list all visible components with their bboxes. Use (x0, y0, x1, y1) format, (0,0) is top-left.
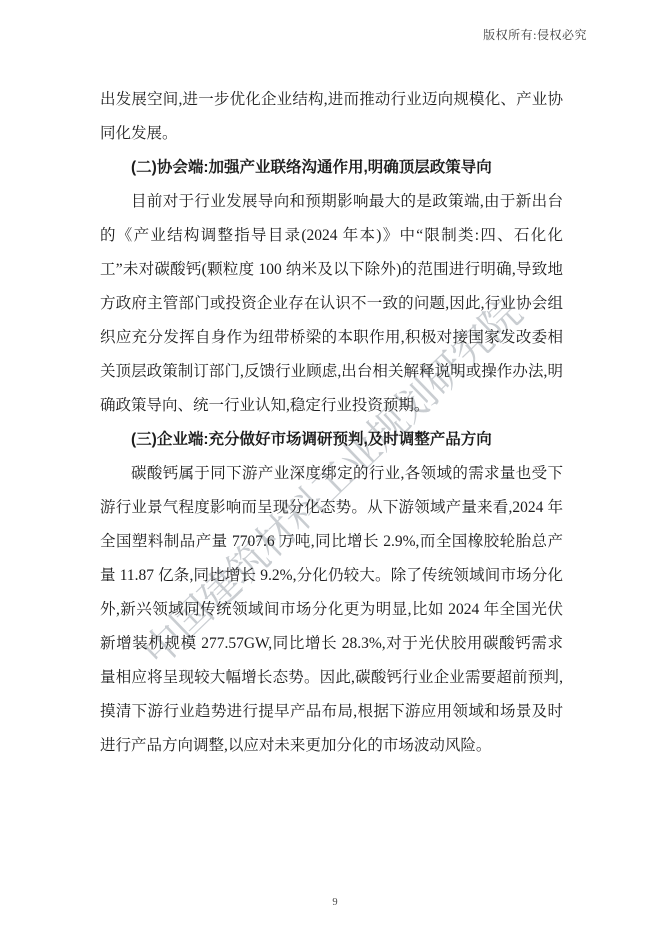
body-paragraph-policy: 目前对于行业发展导向和预期影响最大的是政策端,由于新出台的《产业结构调整指导目录… (100, 185, 563, 423)
body-paragraph-continuation: 出发展空间,进一步优化企业结构,进而推动行业迈向规模化、产业协同化发展。 (100, 83, 563, 151)
copyright-notice: 版权所有:侵权必究 (483, 26, 587, 43)
document-body: 出发展空间,进一步优化企业结构,进而推动行业迈向规模化、产业协同化发展。 (二)… (100, 83, 563, 763)
section-heading-enterprise: (三)企业端:充分做好市场调研预判,及时调整产品方向 (100, 423, 563, 457)
section-heading-association: (二)协会端:加强产业联络沟通作用,明确顶层政策导向 (100, 151, 563, 185)
page-number: 9 (0, 897, 670, 908)
body-paragraph-market: 碳酸钙属于同下游产业深度绑定的行业,各领域的需求量也受下游行业景气程度影响而呈现… (100, 457, 563, 763)
document-page: 版权所有:侵权必究 中国建筑材料工业规划研究院 出发展空间,进一步优化企业结构,… (0, 0, 670, 947)
